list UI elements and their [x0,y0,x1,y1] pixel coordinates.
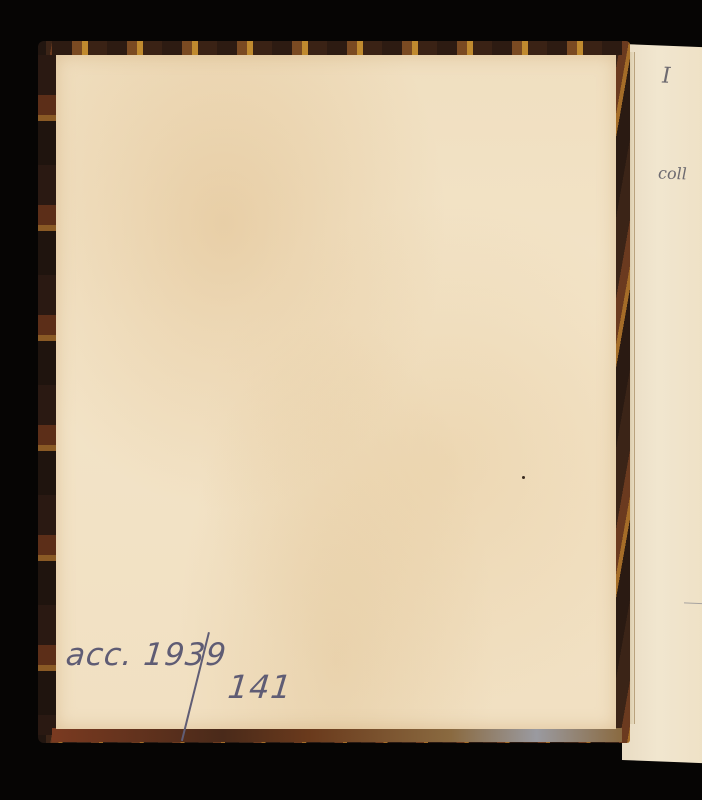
facing-page-mark: I [662,64,671,89]
facing-page-rule [684,602,702,604]
accession-number: 141 [226,668,294,706]
cover-edge-top [52,41,622,55]
page-speck [522,476,525,479]
facing-page-partial-word: coll [658,163,687,183]
photograph-background: I coll acc. 1939 141 [0,0,702,800]
cover-edge-bottom [52,728,622,742]
cover-edge-left [38,55,56,735]
paste-down-page [56,55,616,729]
